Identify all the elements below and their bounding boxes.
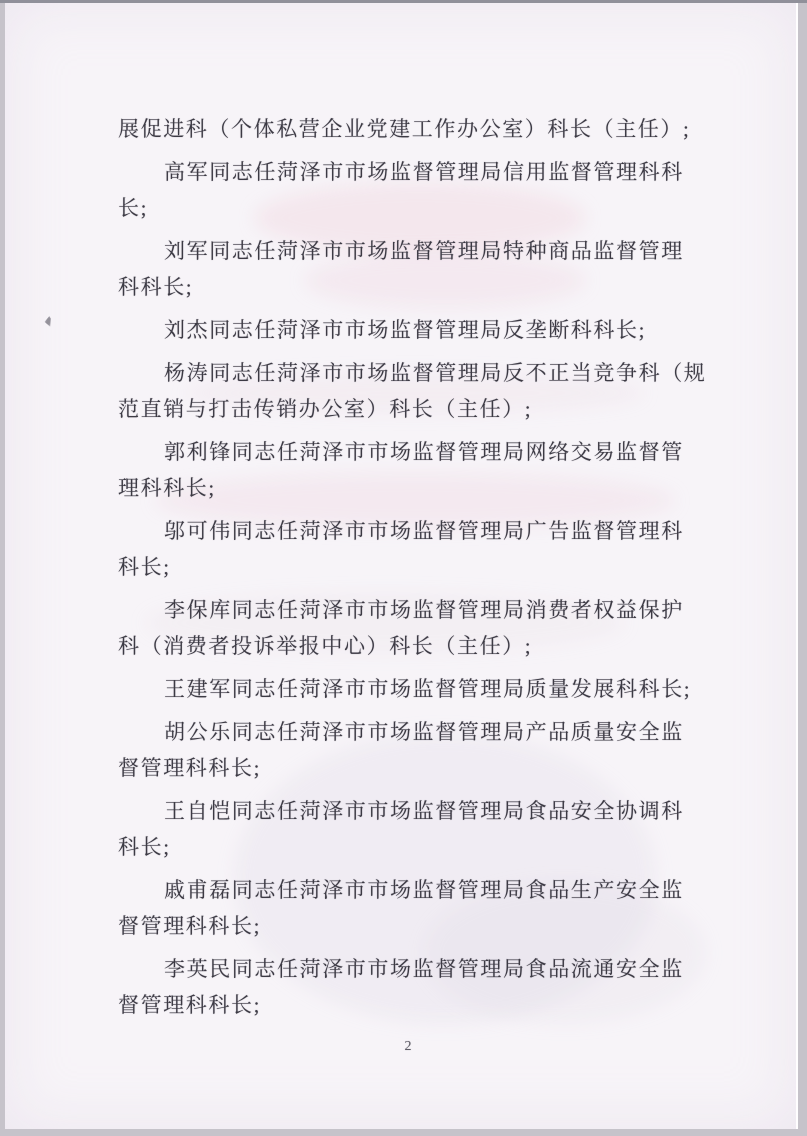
document-paragraph: 胡公乐同志任菏泽市市场监督管理局产品质量安全监督管理科科长; (118, 714, 698, 786)
document-line: 胡公乐同志任菏泽市市场监督管理局产品质量安全监 (118, 714, 698, 750)
document-paragraph: 高军同志任菏泽市市场监督管理局信用监督管理科科长; (118, 154, 698, 226)
document-line: 郭利锋同志任菏泽市市场监督管理局网络交易监督管 (118, 434, 698, 470)
document-paragraph: 戚甫磊同志任菏泽市市场监督管理局食品生产安全监督管理科科长; (118, 872, 698, 944)
document-paragraph: 邬可伟同志任菏泽市市场监督管理局广告监督管理科科长; (118, 513, 698, 585)
document-line: 李保库同志任菏泽市市场监督管理局消费者权益保护 (118, 592, 698, 628)
document-paragraph: 王建军同志任菏泽市市场监督管理局质量发展科科长; (118, 671, 698, 707)
document-paragraph: 李英民同志任菏泽市市场监督管理局食品流通安全监督管理科科长; (118, 951, 698, 1023)
document-paragraph: 王自恺同志任菏泽市市场监督管理局食品安全协调科科长; (118, 793, 698, 865)
document-line: 科长; (118, 829, 698, 865)
document-line: 邬可伟同志任菏泽市市场监督管理局广告监督管理科 (118, 513, 698, 549)
document-line: 戚甫磊同志任菏泽市市场监督管理局食品生产安全监 (118, 872, 698, 908)
ink-speck (44, 315, 54, 327)
document-paragraph: 李保库同志任菏泽市市场监督管理局消费者权益保护科（消费者投诉举报中心）科长（主任… (118, 592, 698, 664)
document-line: 展促进科（个体私营企业党建工作办公室）科长（主任）; (118, 111, 698, 147)
document-paragraph: 刘杰同志任菏泽市市场监督管理局反垄断科科长; (118, 312, 698, 348)
document-body: 展促进科（个体私营企业党建工作办公室）科长（主任）;高军同志任菏泽市市场监督管理… (118, 111, 698, 1030)
document-line: 王建军同志任菏泽市市场监督管理局质量发展科科长; (118, 671, 698, 707)
document-line: 长; (118, 190, 698, 226)
document-line: 科长; (118, 549, 698, 585)
document-line: 科科长; (118, 269, 698, 305)
document-paragraph: 展促进科（个体私营企业党建工作办公室）科长（主任）; (118, 111, 698, 147)
document-line: 刘杰同志任菏泽市市场监督管理局反垄断科科长; (118, 312, 698, 348)
document-paragraph: 刘军同志任菏泽市市场监督管理局特种商品监督管理科科长; (118, 233, 698, 305)
document-line: 王自恺同志任菏泽市市场监督管理局食品安全协调科 (118, 793, 698, 829)
page-number: 2 (118, 1039, 698, 1055)
document-line: 理科科长; (118, 470, 698, 506)
document-paragraph: 杨涛同志任菏泽市市场监督管理局反不正当竞争科（规范直销与打击传销办公室）科长（主… (118, 355, 698, 427)
document-line: 杨涛同志任菏泽市市场监督管理局反不正当竞争科（规 (118, 355, 698, 391)
document-line: 督管理科科长; (118, 750, 698, 786)
document-line: 李英民同志任菏泽市市场监督管理局食品流通安全监 (118, 951, 698, 987)
document-line: 高军同志任菏泽市市场监督管理局信用监督管理科科 (118, 154, 698, 190)
document-line: 范直销与打击传销办公室）科长（主任）; (118, 391, 698, 427)
document-line: 刘军同志任菏泽市市场监督管理局特种商品监督管理 (118, 233, 698, 269)
document-line: 督管理科科长; (118, 987, 698, 1023)
document-line: 科（消费者投诉举报中心）科长（主任）; (118, 628, 698, 664)
document-page: 展促进科（个体私营企业党建工作办公室）科长（主任）;高军同志任菏泽市市场监督管理… (5, 3, 798, 1129)
document-paragraph: 郭利锋同志任菏泽市市场监督管理局网络交易监督管理科科长; (118, 434, 698, 506)
document-line: 督管理科科长; (118, 908, 698, 944)
